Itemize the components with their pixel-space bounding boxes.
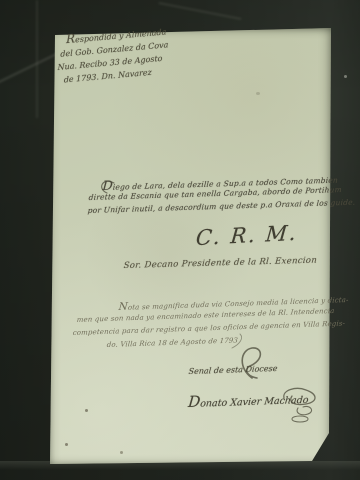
manuscript-photo: Respondida y Almenada del Gob. Gonzalez … [0, 0, 360, 480]
ink-stain [256, 92, 260, 95]
foxing-spot [65, 443, 68, 446]
foxing-spot [85, 409, 88, 412]
backdrop-speck [344, 75, 347, 78]
archival-annotation: Respondida y Almenada del Gob. Gonzalez … [56, 24, 169, 87]
backdrop-fold-crease [159, 2, 242, 20]
backdrop-seam [36, 0, 38, 118]
foxing-spot [120, 451, 123, 454]
